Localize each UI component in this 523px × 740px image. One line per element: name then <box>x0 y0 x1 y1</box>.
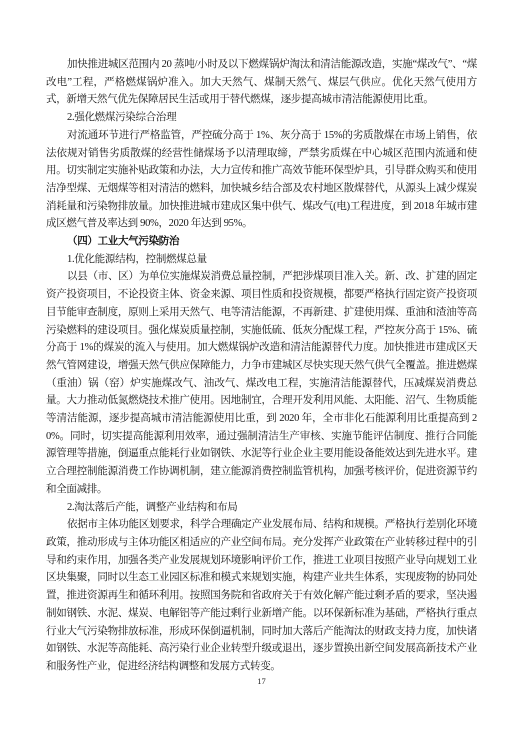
subheading-phase-out-backward-capacity: 2.淘汰落后产能，调整产业结构和布局 <box>46 499 477 517</box>
paragraph-coal-boiler-upgrade: 加快推进城区范围内 20 蒸吨/小时及以下燃煤锅炉淘汰和清洁能源改造，实施“煤改… <box>46 56 477 109</box>
subheading-optimize-energy-structure: 1.优化能源结构，控制燃煤总量 <box>46 251 477 269</box>
heading-industrial-air-pollution-prevention: （四）工业大气污染防治 <box>46 233 477 251</box>
document-page: 加快推进城区范围内 20 蒸吨/小时及以下燃煤锅炉淘汰和清洁能源改造，实施“煤改… <box>0 0 523 740</box>
page-number: 17 <box>0 675 523 687</box>
subheading-coal-pollution-control: 2.强化燃煤污染综合治理 <box>46 109 477 127</box>
page-body: 加快推进城区范围内 20 蒸吨/小时及以下燃煤锅炉淘汰和清洁能源改造，实施“煤改… <box>46 56 477 676</box>
paragraph-coal-consumption-control: 以县（市、区）为单位实施煤炭消费总量控制，严把涉煤项目准入关。新、改、扩建的固定… <box>46 268 477 498</box>
paragraph-industrial-structure-layout: 依据市主体功能区划要求，科学合理确定产业发展布局、结构和规模。严格执行差别化环境… <box>46 516 477 675</box>
paragraph-loose-coal-supervision: 对流通环节进行严格监管，严控硫分高于 1%、灰分高于 15%的劣质散煤在市场上销… <box>46 127 477 233</box>
